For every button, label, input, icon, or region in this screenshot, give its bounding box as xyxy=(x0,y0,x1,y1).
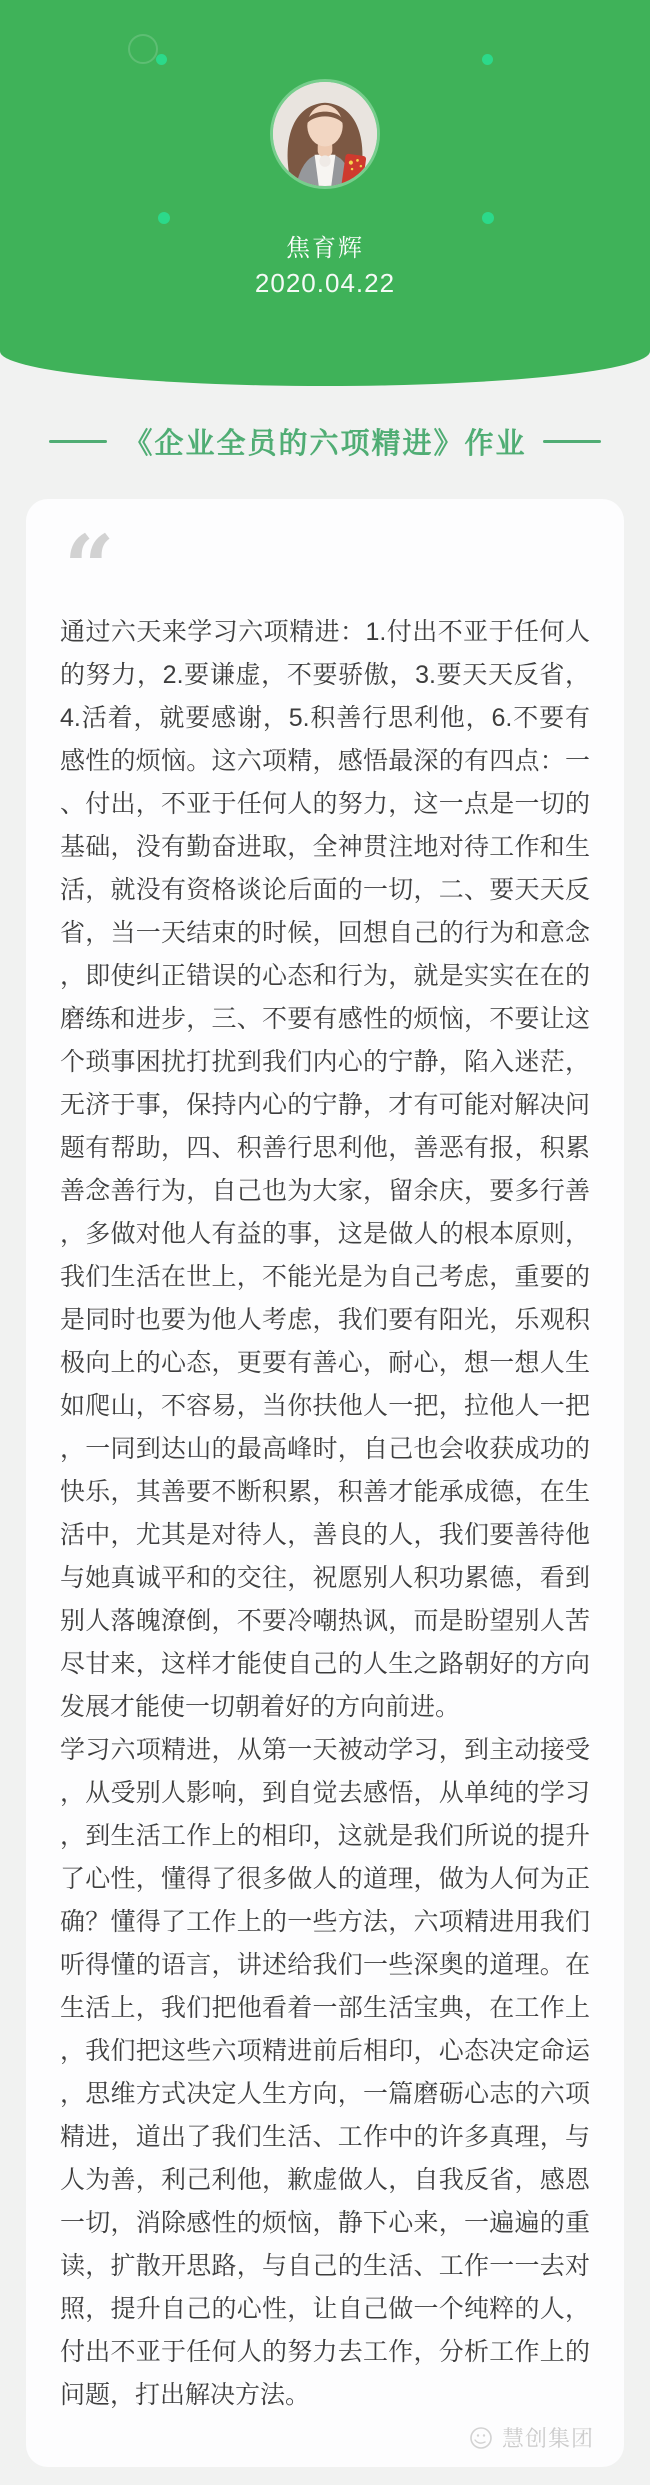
header-banner: 焦育辉 2020.04.22 xyxy=(0,0,650,386)
decor-ring xyxy=(128,34,158,64)
decor-dot xyxy=(158,212,170,224)
quote-icon: “ xyxy=(64,535,590,599)
page-title-text: 《企业全员的六项精进》作业 xyxy=(123,421,526,462)
body-paragraph-1: 通过六天来学习六项精进：1.付出不亚于任何人的努力，2.要谦虚，不要骄傲，3.要… xyxy=(60,611,590,1729)
watermark: 慧创集团 xyxy=(468,2422,594,2453)
avatar-illustration xyxy=(273,82,377,186)
page-title: 《企业全员的六项精进》作业 xyxy=(0,421,650,462)
user-name: 焦育辉 xyxy=(0,228,650,263)
share-page: 焦育辉 2020.04.22 《企业全员的六项精进》作业 “ 通过六天来学习六项… xyxy=(0,0,650,2485)
content-card: “ 通过六天来学习六项精进：1.付出不亚于任何人的努力，2.要谦虚，不要骄傲，3… xyxy=(26,499,624,2467)
decor-dot xyxy=(482,54,493,65)
avatar xyxy=(273,82,377,186)
decor-dot xyxy=(156,54,167,65)
body-paragraph-2: 学习六项精进，从第一天被动学习，到主动接受，从受别人影响，到自觉去感悟，从单纯的… xyxy=(60,1729,590,2417)
watermark-label: 慧创集团 xyxy=(502,2422,594,2453)
title-rule-left xyxy=(49,440,107,443)
post-date: 2020.04.22 xyxy=(0,268,650,299)
brand-logo-icon xyxy=(468,2425,494,2451)
decor-dot xyxy=(482,212,494,224)
title-rule-right xyxy=(543,440,601,443)
